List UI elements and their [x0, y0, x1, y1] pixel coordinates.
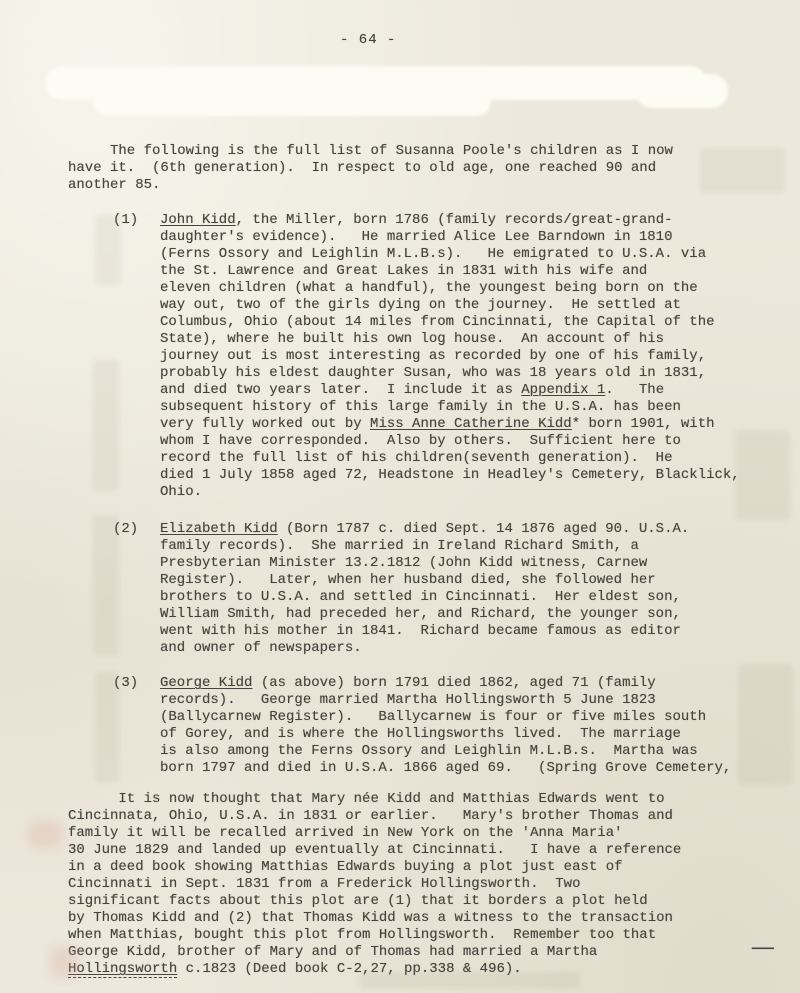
- list-item-body-george-kidd: George Kidd (as above) born 1791 died 18…: [160, 675, 731, 777]
- pink-stain: [50, 946, 78, 978]
- document-page: - 64 - The following is the full list of…: [0, 0, 800, 993]
- intro-paragraph: The following is the full list of Susann…: [68, 143, 673, 194]
- showthrough-smudge: [700, 148, 785, 193]
- pink-stain: [28, 822, 62, 848]
- showthrough-smudge: [93, 515, 119, 655]
- showthrough-smudge: [95, 215, 121, 285]
- list-item-body-elizabeth-kidd: Elizabeth Kidd (Born 1787 c. died Sept. …: [160, 521, 689, 657]
- whiteout-blob: [93, 88, 491, 116]
- showthrough-smudge: [95, 672, 119, 782]
- list-item-body-john-kidd: John Kidd, the Miller, born 1786 (family…: [160, 212, 740, 501]
- whiteout-blob: [636, 74, 728, 108]
- showthrough-smudge: [735, 430, 790, 520]
- closing-paragraph: It is now thought that Mary née Kidd and…: [68, 791, 681, 978]
- margin-dash-mark: —: [752, 941, 774, 958]
- showthrough-smudge: [93, 360, 119, 490]
- showthrough-smudge: [738, 665, 793, 785]
- page-number: - 64 -: [340, 32, 396, 49]
- showthrough-smudge: [360, 972, 580, 988]
